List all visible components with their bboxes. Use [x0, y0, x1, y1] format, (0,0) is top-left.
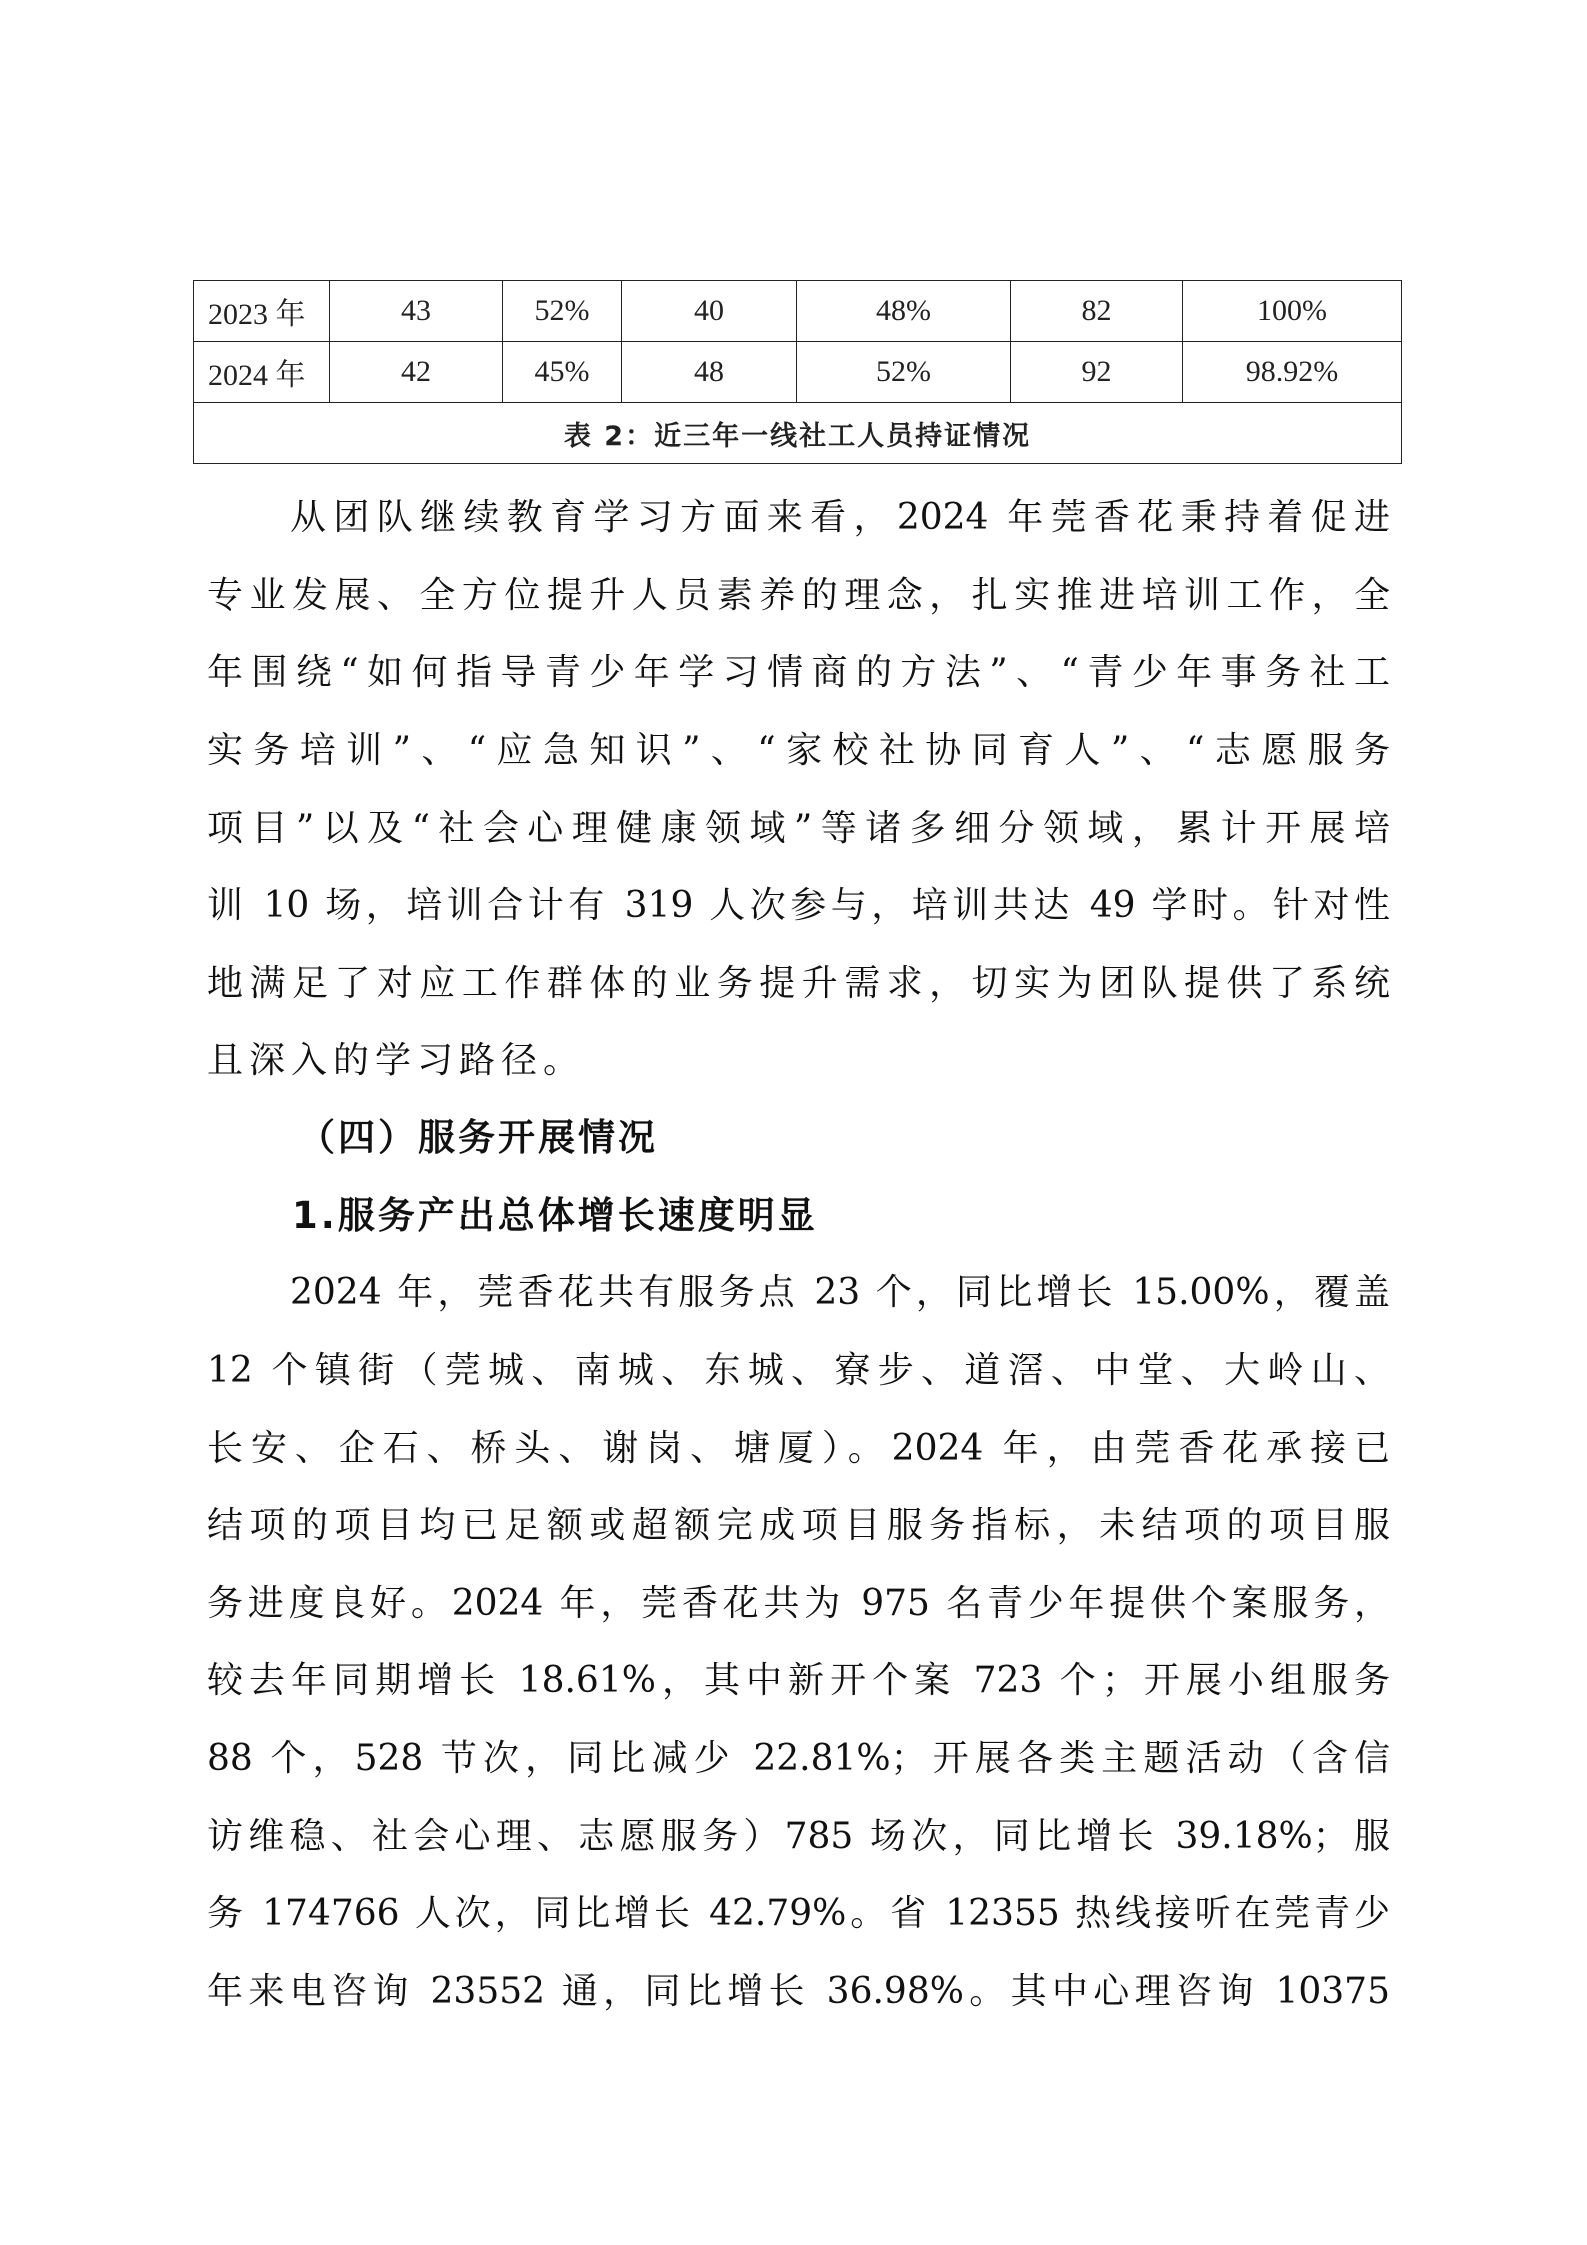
certification-table: 2023 年 43 52% 40 48% 82 100% 2024 年 42 4… [193, 280, 1402, 464]
table-cell: 48% [797, 281, 1011, 342]
section-heading: （四）服务开展情况 [298, 1108, 658, 1168]
paragraph-line: 88 个，528 节次，同比减少 22.81%；开展各类主题活动（含信 [207, 1729, 1390, 1789]
paragraph-line: 12 个镇街（莞城、南城、东城、寮步、道滘、中堂、大岭山、 [207, 1341, 1390, 1401]
paragraph-line: 实务培训”、“应急知识”、“家校社协同育人”、“志愿服务 [207, 721, 1390, 781]
table-cell: 92 [1011, 342, 1183, 403]
paragraph-line: 从团队继续教育学习方面来看，2024 年莞香花秉持着促进 [290, 488, 1390, 548]
table-row: 2023 年 43 52% 40 48% 82 100% [194, 281, 1402, 342]
table-cell: 48 [622, 342, 797, 403]
table-cell: 82 [1011, 281, 1183, 342]
year-cell: 2023 年 [194, 281, 330, 342]
paragraph-line: 且深入的学习路径。 [207, 1031, 1390, 1091]
paragraph-line: 务进度良好。2024 年，莞香花共为 975 名青少年提供个案服务， [207, 1574, 1390, 1634]
paragraph-line: 年来电咨询 23552 通，同比增长 36.98%。其中心理咨询 10375 [207, 1962, 1390, 2022]
year-cell: 2024 年 [194, 342, 330, 403]
table-cell: 52% [797, 342, 1011, 403]
paragraph-line: 长安、企石、桥头、谢岗、塘厦）。2024 年，由莞香花承接已 [207, 1419, 1390, 1479]
paragraph-line: 年围绕“如何指导青少年学习情商的方法”、“青少年事务社工 [207, 643, 1390, 703]
paragraph-line: 训 10 场，培训合计有 319 人次参与，培训共达 49 学时。针对性 [207, 876, 1390, 936]
paragraph-line: 访维稳、社会心理、志愿服务）785 场次，同比增长 39.18%；服 [207, 1807, 1390, 1867]
table-caption: 表 2：近三年一线社工人员持证情况 [194, 403, 1402, 464]
table-cell: 40 [622, 281, 797, 342]
table-caption-row: 表 2：近三年一线社工人员持证情况 [194, 403, 1402, 464]
table-cell: 42 [330, 342, 503, 403]
document-page: 2023 年 43 52% 40 48% 82 100% 2024 年 42 4… [0, 0, 1587, 2245]
table-cell: 45% [503, 342, 622, 403]
subsection-heading: 1.服务产出总体增长速度明显 [292, 1186, 818, 1246]
paragraph-line: 较去年同期增长 18.61%，其中新开个案 723 个；开展小组服务 [207, 1651, 1390, 1711]
paragraph-line: 地满足了对应工作群体的业务提升需求，切实为团队提供了系统 [207, 954, 1390, 1014]
paragraph-line: 专业发展、全方位提升人员素养的理念，扎实推进培训工作，全 [207, 566, 1390, 626]
table-cell: 100% [1183, 281, 1402, 342]
table-cell: 43 [330, 281, 503, 342]
paragraph-line: 务 174766 人次，同比增长 42.79%。省 12355 热线接听在莞青少 [207, 1884, 1390, 1944]
paragraph-line: 项目”以及“社会心理健康领域”等诸多细分领域，累计开展培 [207, 799, 1390, 859]
paragraph-line: 结项的项目均已足额或超额完成项目服务指标，未结项的项目服 [207, 1496, 1390, 1556]
paragraph-line: 2024 年，莞香花共有服务点 23 个，同比增长 15.00%，覆盖 [290, 1263, 1390, 1323]
table-cell: 52% [503, 281, 622, 342]
table-row: 2024 年 42 45% 48 52% 92 98.92% [194, 342, 1402, 403]
table-cell: 98.92% [1183, 342, 1402, 403]
